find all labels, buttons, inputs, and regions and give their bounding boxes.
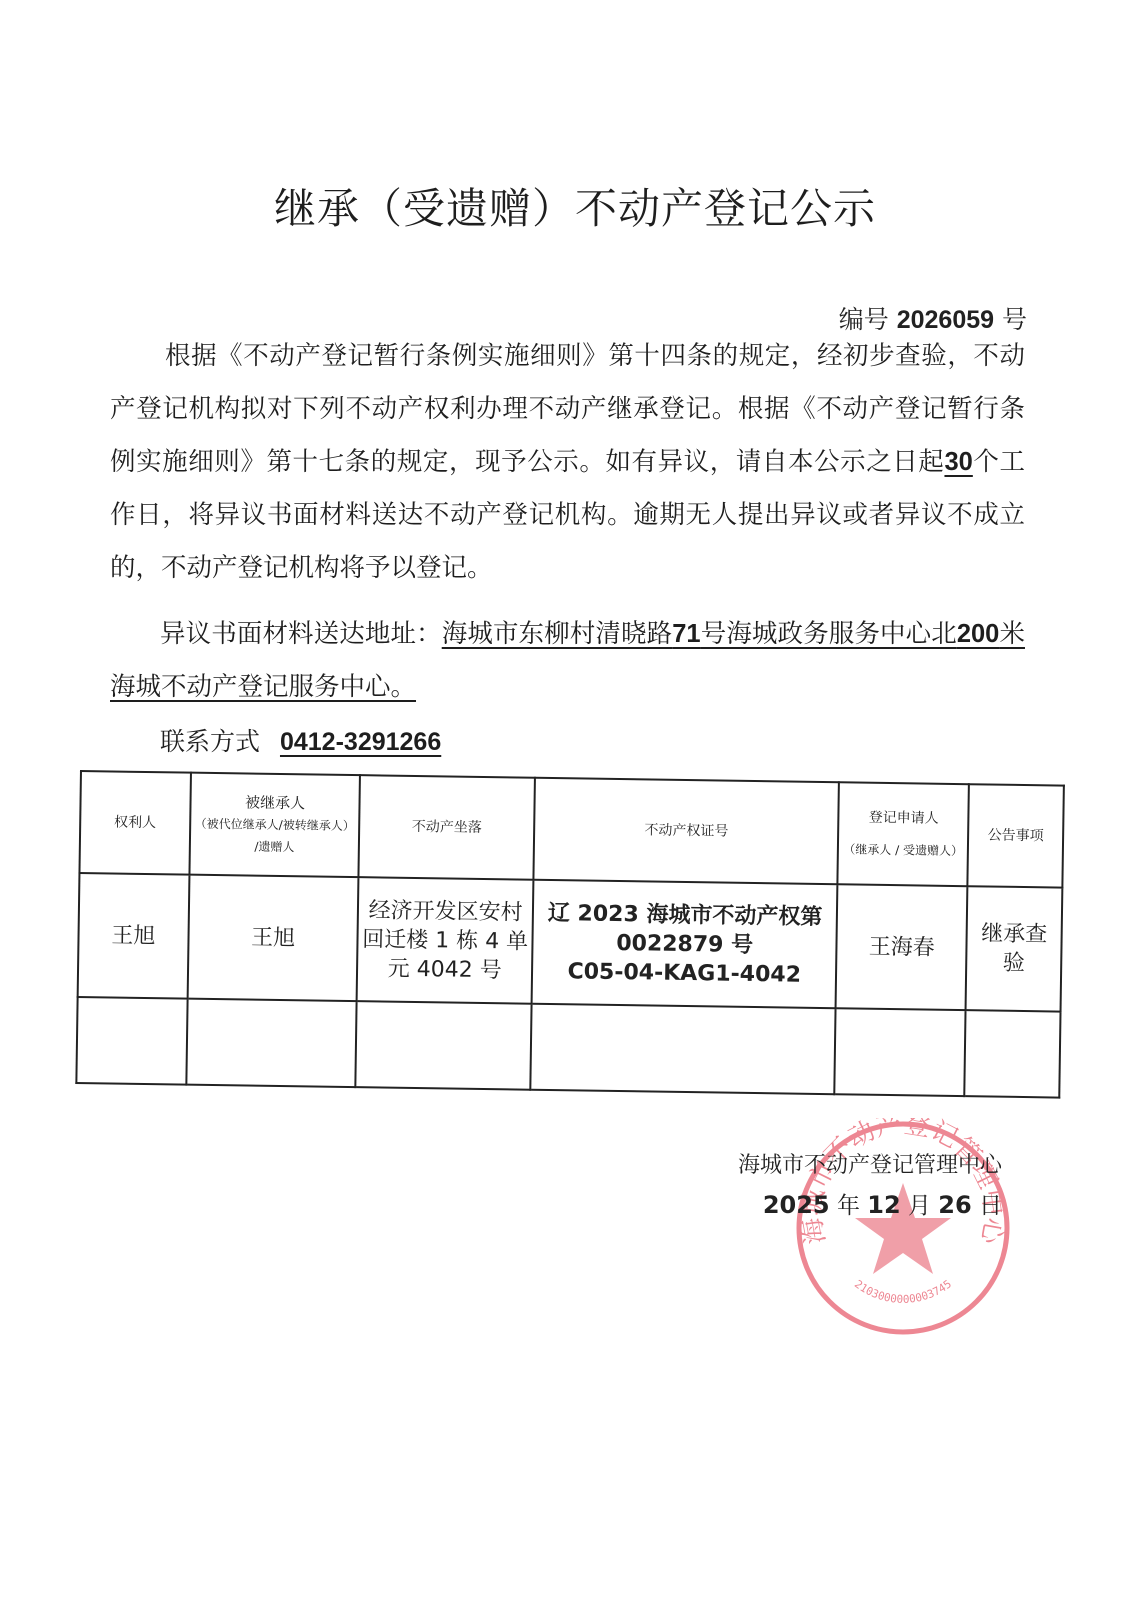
header-decedent-bequest: /遗赠人 [193,835,355,859]
date-day-unit: 日 [979,1193,1002,1219]
header-applicant-note: （继承人 / 受遗赠人） [842,838,964,862]
contact-phone: 0412-3291266 [280,728,441,756]
cell-right-holder [76,997,187,1085]
address-part: 号海城政务服务中心北 [701,619,957,649]
address-number: 200 [957,620,1000,648]
table-header-row: 权利人 被继承人 （被代位继承人/被转继承人） /遗赠人 不动产坐落 不动产权证… [79,771,1063,888]
signature-block: 海城市不动产登记管理中心 2025 年 12 月 26 日 [738,1148,1002,1220]
cell-applicant: 王海春 [836,884,968,1010]
date-day: 26 [938,1191,971,1219]
address-part: 海城市东柳村清晓路 [442,619,673,649]
cert-line: 辽 2023 海城市不动产权第 [537,898,834,931]
header-decedent-title: 被继承人 [194,791,356,815]
objection-days: 30 [944,448,972,476]
contact-info: 联系方式 0412-3291266 [160,722,441,758]
cell-certificate-number [530,1004,836,1095]
objection-address-paragraph: 异议书面材料送达地址：海城市东柳村清晓路71号海城政务服务中心北200米海城不动… [110,608,1025,714]
date-month: 12 [867,1191,900,1219]
cell-notice-matter [964,1010,1060,1097]
cell-right-holder: 王旭 [78,873,190,999]
header-decedent-note: （被代位继承人/被转继承人） [194,813,356,837]
svg-text:2103000000003745: 2103000000003745 [852,1277,954,1306]
cert-line: 0022879 号 [536,927,833,960]
inheritance-registration-table: 权利人 被继承人 （被代位继承人/被转继承人） /遗赠人 不动产坐落 不动产权证… [75,770,1065,1099]
cell-location [356,1001,532,1090]
cell-decedent: 王旭 [187,875,358,1002]
issuing-organization: 海城市不动产登记管理中心 [738,1148,1002,1179]
cell-certificate-number: 辽 2023 海城市不动产权第 0022879 号 C05-04-KAG1-40… [532,880,838,1009]
header-applicant-title: 登记申请人 [843,806,965,830]
table-row: 王旭 王旭 经济开发区安村回迁楼 1 栋 4 单元 4042 号 辽 2023 … [78,873,1063,1012]
header-right-holder: 权利人 [79,771,190,875]
cert-unit-code: C05-04-KAG1-4042 [536,956,833,989]
cell-notice-matter: 继承查验 [966,886,1063,1011]
notice-text-a: 根据《不动产登记暂行条例实施细则》第十四条的规定，经初步查验，不动产登记机构拟对… [110,341,1025,477]
address-number: 71 [672,620,700,648]
cell-applicant [835,1008,966,1096]
cell-decedent [186,999,357,1088]
header-decedent: 被继承人 （被代位继承人/被转继承人） /遗赠人 [189,773,360,878]
date-year-unit: 年 [837,1193,860,1219]
notice-paragraph: 根据《不动产登记暂行条例实施细则》第十四条的规定，经初步查验，不动产登记机构拟对… [110,330,1025,595]
header-certificate-number: 不动产权证号 [533,778,839,885]
header-location: 不动产坐落 [359,775,535,880]
contact-label: 联系方式 [160,727,260,756]
table-row-empty [76,997,1060,1098]
header-notice-matter: 公告事项 [968,784,1064,887]
cell-location: 经济开发区安村回迁楼 1 栋 4 单元 4042 号 [357,877,533,1004]
issue-date: 2025 年 12 月 26 日 [738,1187,1002,1220]
date-year: 2025 [763,1191,830,1219]
page-title: 继承（受遗赠）不动产登记公示 [0,176,1132,236]
date-month-unit: 月 [908,1193,931,1219]
address-label: 异议书面材料送达地址： [160,619,442,649]
header-applicant: 登记申请人 （继承人 / 受遗赠人） [838,782,969,886]
